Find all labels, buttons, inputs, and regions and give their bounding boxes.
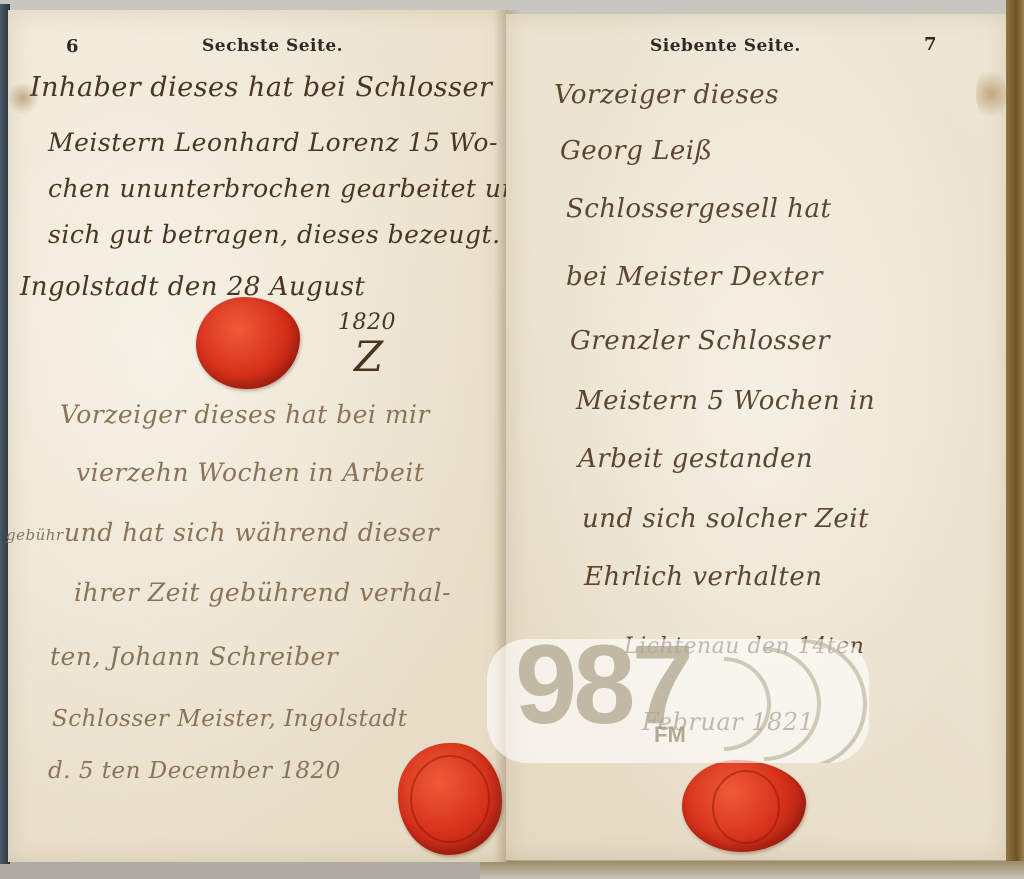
book-scan: 6 Sechste Seite. Inhaber dieses hat bei …: [0, 0, 1024, 879]
wax-seal-embossed: [398, 743, 502, 855]
handwritten-line: bei Meister Dexter: [566, 262, 823, 292]
page-heading: Sechste Seite.: [202, 36, 343, 56]
seal-emblem: [712, 770, 780, 844]
handwritten-line: Ehrlich verhalten: [584, 562, 823, 592]
page-number: 6: [66, 36, 79, 57]
watermark-unit: FM: [654, 722, 686, 748]
handwritten-line: Georg Leiß: [560, 136, 712, 166]
left-page: 6 Sechste Seite. Inhaber dieses hat bei …: [8, 10, 507, 862]
signature-flourish: Z: [354, 332, 384, 381]
seal-emblem: [410, 755, 490, 843]
handwritten-line: Vorzeiger dieses hat bei mir: [60, 400, 430, 429]
handwritten-line: vierzehn Wochen in Arbeit: [76, 458, 424, 487]
handwritten-line: sich gut betragen, dieses bezeugt.: [48, 220, 501, 249]
page-heading: Siebente Seite.: [650, 36, 801, 56]
handwritten-line: und hat sich während dieser: [64, 518, 439, 547]
handwritten-line: Schlosser Meister, Ingolstadt: [52, 706, 408, 732]
handwritten-line: Inhaber dieses hat bei Schlosser: [30, 72, 492, 103]
wax-seal-embossed: [682, 760, 806, 852]
handwritten-line: ten, Johann Schreiber: [50, 642, 338, 671]
foxing-stain: [976, 64, 1006, 124]
handwritten-line: und sich solcher Zeit: [582, 504, 869, 534]
book-cover-right-edge: [1006, 0, 1024, 879]
handwritten-line: chen ununterbrochen gearbeitet und: [48, 174, 535, 203]
wax-seal: [196, 297, 300, 389]
handwritten-line: ihrer Zeit gebührend verhal-: [74, 578, 451, 607]
radio-station-watermark: 987 FM: [487, 639, 869, 763]
page-number: 7: [924, 34, 937, 55]
handwritten-line: Arbeit gestanden: [578, 444, 813, 474]
handwritten-line: Meistern 5 Wochen in: [576, 386, 875, 416]
handwritten-line: Ingolstadt den 28 August: [20, 272, 365, 302]
handwritten-line: Meistern Leonhard Lorenz 15 Wo-: [48, 128, 498, 157]
margin-note: gebühr: [6, 526, 64, 544]
handwritten-line: Schlossergesell hat: [566, 194, 831, 224]
handwritten-line: Grenzler Schlosser: [570, 326, 830, 356]
handwritten-line: d. 5 ten December 1820: [48, 758, 341, 784]
handwritten-line: Vorzeiger dieses: [554, 80, 779, 110]
book-cover-bottom-edge: [480, 861, 1024, 879]
